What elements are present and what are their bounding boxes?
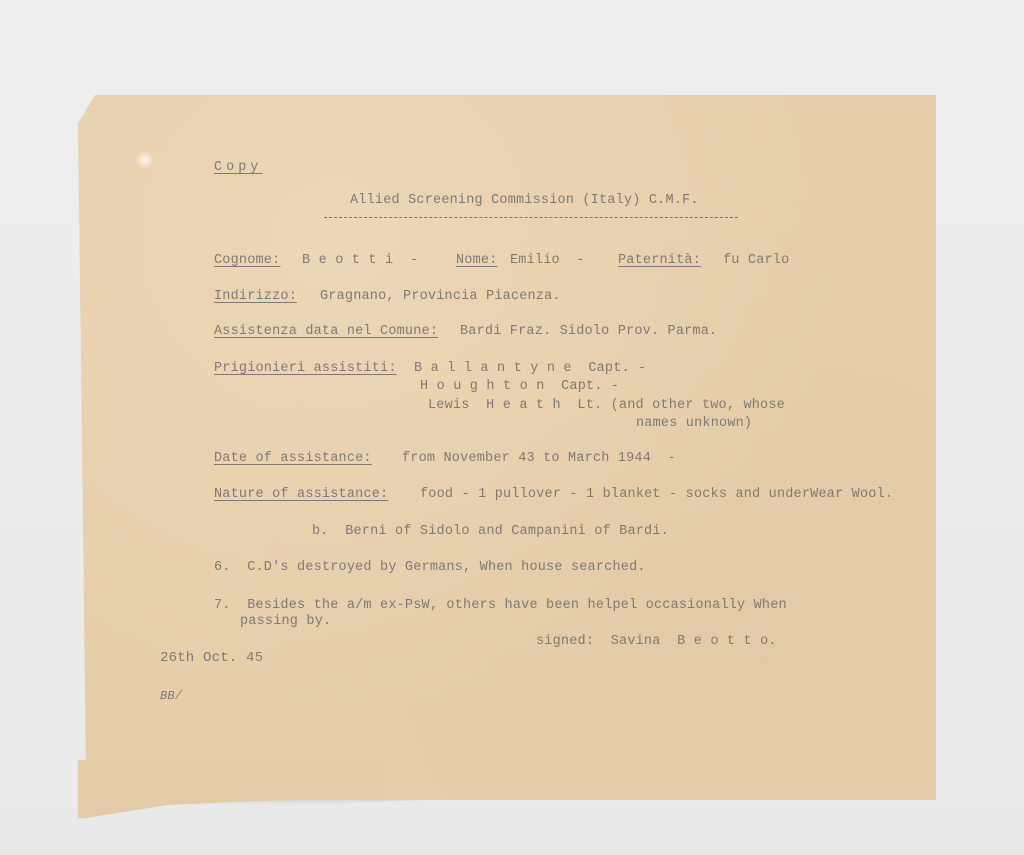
typist-initials: BB/ xyxy=(160,689,182,703)
indirizzo-label: Indirizzo: xyxy=(214,289,297,304)
nature-of-assistance-label: Nature of assistance: xyxy=(214,487,388,502)
prigionieri-label: Prigionieri assistiti: xyxy=(214,361,397,376)
item-7-line-1: 7. Besides the a/m ex-PsW, others have b… xyxy=(214,598,787,613)
nature-of-assistance-value: food - 1 pullover - 1 blanket - socks an… xyxy=(420,487,893,502)
date-of-assistance-label: Date of assistance: xyxy=(214,451,372,466)
date-of-assistance-value: from November 43 to March 1944 - xyxy=(402,451,676,466)
indirizzo-value: Gragnano, Provincia Piacenza. xyxy=(320,289,561,304)
copy-label: Copy xyxy=(214,160,262,175)
assistenza-value: Bardi Fraz. Sidolo Prov. Parma. xyxy=(460,324,717,339)
item-6: 6. C.D's destroyed by Germans, When hous… xyxy=(214,560,646,575)
heading-rule xyxy=(324,217,738,218)
cognome-label: Cognome: xyxy=(214,253,280,268)
paternita-value: fu Carlo xyxy=(723,253,789,268)
document-date: 26th Oct. 45 xyxy=(160,650,263,666)
item-7-line-2: passing by. xyxy=(240,614,331,629)
document-heading: Allied Screening Commission (Italy) C.M.… xyxy=(350,193,699,208)
assistenza-label: Assistenza data nel Comune: xyxy=(214,324,438,339)
prisoner-note: names unknown) xyxy=(636,416,752,431)
prisoner-1: B a l l a n t y n e Capt. - xyxy=(414,361,646,376)
paternita-label: Paternità: xyxy=(618,253,701,268)
nome-value: Emilio - xyxy=(510,253,585,268)
pinhole-mark xyxy=(135,152,155,168)
item-b: b. Berni of Sidolo and Campanini of Bard… xyxy=(312,524,669,539)
signature: signed: Savina B e o t t o. xyxy=(536,634,777,649)
prisoner-2: H o u g h t o n Capt. - xyxy=(420,379,619,394)
cognome-value: B e o t t i - xyxy=(302,253,418,268)
prisoner-3: Lewis H e a t h Lt. (and other two, whos… xyxy=(428,398,785,413)
nome-label: Nome: xyxy=(456,253,498,268)
